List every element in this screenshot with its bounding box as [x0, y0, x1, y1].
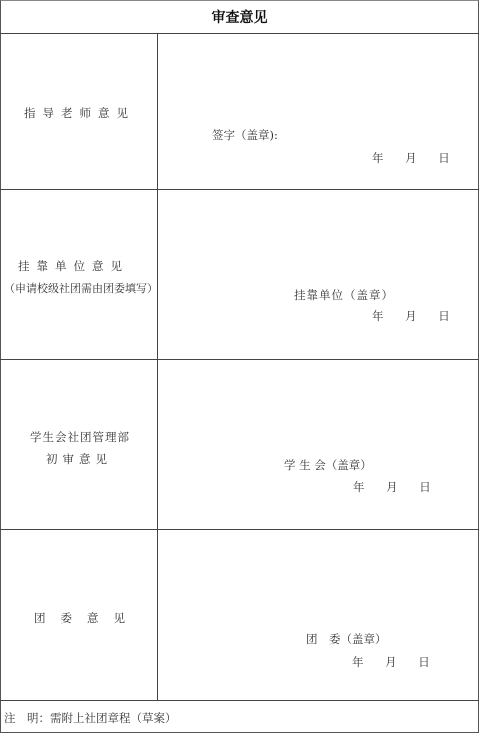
footnote: 注 明：需附上社团章程（草案） — [4, 710, 177, 726]
league-committee-opinion-label: 团委意见 — [34, 610, 140, 626]
league-committee-signature-field[interactable]: 团 委（盖章） — [306, 631, 387, 647]
affiliate-opinion-label: 挂靠单位意见 — [18, 258, 129, 274]
advisor-signature-field[interactable]: 签字（盖章): — [212, 127, 278, 143]
student-union-opinion-label: 学生会社团管理部 — [30, 429, 130, 445]
column-divider — [157, 33, 158, 700]
affiliate-opinion-sublabel: （申请校级社团需由团委填写） — [4, 280, 158, 296]
row-divider — [0, 189, 479, 190]
row-divider — [0, 359, 479, 360]
advisor-date-field[interactable]: 年 月 日 — [372, 150, 450, 166]
student-union-signature-field[interactable]: 学 生 会（盖章） — [284, 457, 372, 473]
student-union-date-field[interactable]: 年 月 日 — [353, 479, 431, 495]
row-divider — [0, 529, 479, 530]
affiliate-signature-field[interactable]: 挂靠单位（盖章） — [294, 287, 394, 303]
advisor-opinion-label: 指导老师意见 — [24, 105, 135, 121]
league-committee-date-field[interactable]: 年 月 日 — [352, 654, 430, 670]
row-divider — [0, 700, 479, 701]
form-title: 审查意见 — [0, 0, 479, 33]
row-divider — [0, 33, 479, 34]
affiliate-date-field[interactable]: 年 月 日 — [372, 308, 450, 324]
student-union-opinion-sublabel: 初审意见 — [46, 451, 112, 467]
